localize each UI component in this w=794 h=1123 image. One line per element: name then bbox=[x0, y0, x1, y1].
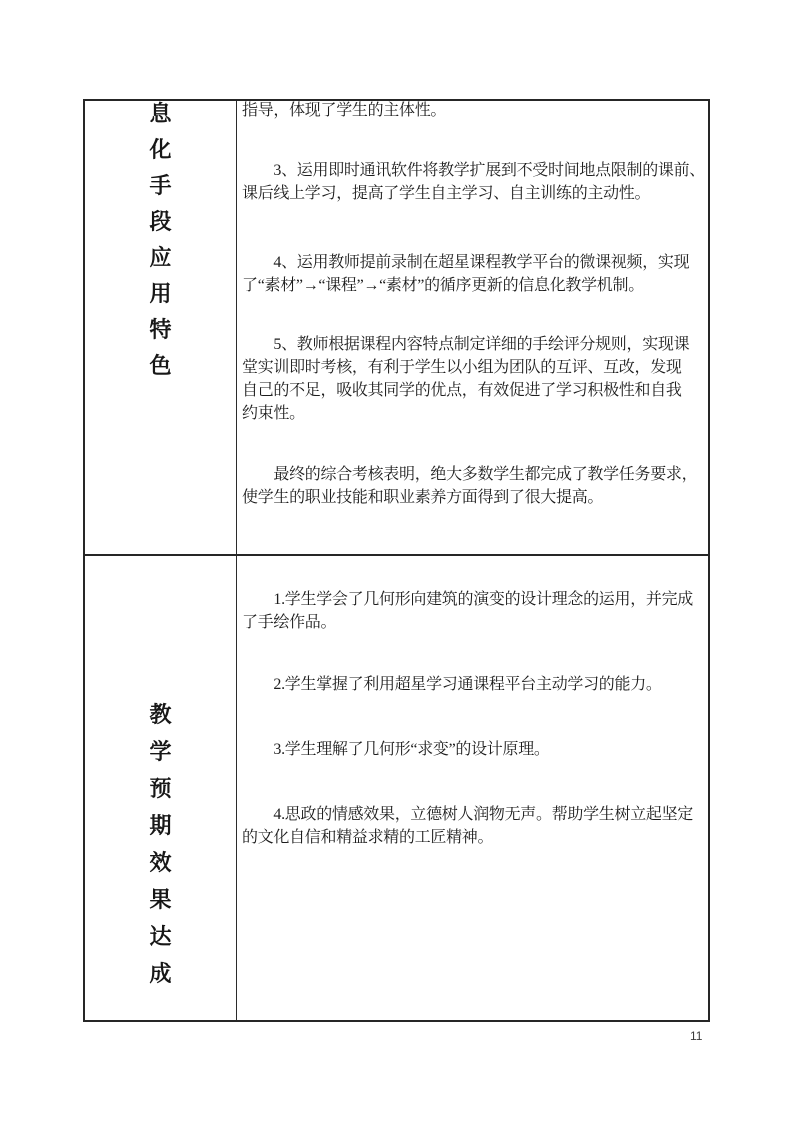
paragraph: 5、教师根据课程内容特点制定详细的手绘评分规则，实现课 堂实训即时考核，有利于学… bbox=[242, 333, 706, 425]
document-page: 息 化 手 段 应 用 特 色 指导，体现了学生的主体性。 3、运用即时通讯软件… bbox=[0, 0, 794, 1123]
page-number: 11 bbox=[690, 1029, 702, 1043]
row-header-cell: 教 学 预 期 效 果 达 成 bbox=[85, 556, 237, 1020]
paragraph: 1.学生学会了几何形向建筑的演变的设计理念的运用，并完成 了手绘作品。 bbox=[242, 588, 706, 634]
row-header-expected-outcomes: 教 学 预 期 效 果 达 成 bbox=[85, 696, 236, 992]
paragraph: 指导，体现了学生的主体性。 bbox=[242, 99, 706, 122]
paragraph: 3.学生理解了几何形“求变”的设计原理。 bbox=[242, 738, 706, 761]
paragraph: 4.思政的情感效果，立德树人润物无声。帮助学生树立起坚定 的文化自信和精益求精的… bbox=[242, 803, 706, 849]
paragraph: 最终的综合考核表明，绝大多数学生都完成了教学任务要求， 使学生的职业技能和职业素… bbox=[242, 463, 706, 509]
teaching-plan-table: 息 化 手 段 应 用 特 色 指导，体现了学生的主体性。 3、运用即时通讯软件… bbox=[83, 99, 710, 1022]
table-row-expected-outcomes: 教 学 预 期 效 果 达 成 1.学生学会了几何形向建筑的演变的设计理念的运用… bbox=[85, 556, 708, 1020]
row-body-cell: 指导，体现了学生的主体性。 3、运用即时通讯软件将教学扩展到不受时间地点限制的课… bbox=[237, 101, 708, 554]
paragraph: 2.学生掌握了利用超星学习通课程平台主动学习的能力。 bbox=[242, 673, 706, 696]
table-row-info-tech-features: 息 化 手 段 应 用 特 色 指导，体现了学生的主体性。 3、运用即时通讯软件… bbox=[85, 101, 708, 556]
paragraph: 3、运用即时通讯软件将教学扩展到不受时间地点限制的课前、 课后线上学习，提高了学… bbox=[242, 159, 706, 205]
row-body-cell: 1.学生学会了几何形向建筑的演变的设计理念的运用，并完成 了手绘作品。 2.学生… bbox=[237, 556, 708, 1020]
paragraph: 4、运用教师提前录制在超星课程教学平台的微课视频，实现 了“素材”→“课程”→“… bbox=[242, 251, 706, 297]
row-header-cell: 息 化 手 段 应 用 特 色 bbox=[85, 101, 237, 554]
row-header-info-tech-features: 息 化 手 段 应 用 特 色 bbox=[85, 96, 236, 384]
